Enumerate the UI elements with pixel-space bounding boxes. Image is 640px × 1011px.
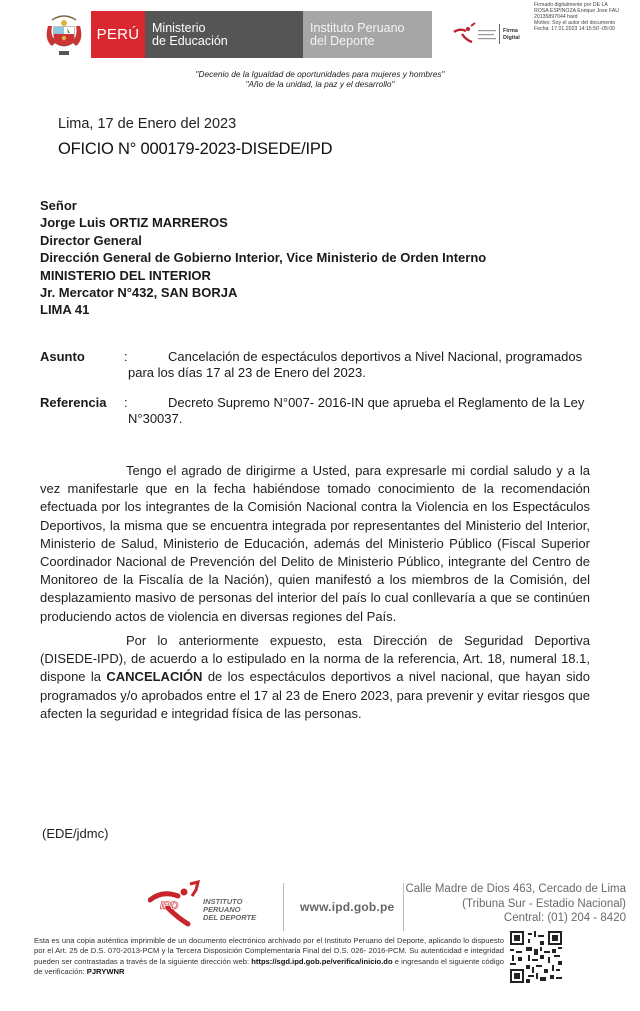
institute-address: Calle Madre de Dios 463, Cercado de Lima… — [404, 882, 626, 926]
decade-motto: "Decenio de la Igualdad de oportunidades… — [150, 69, 490, 79]
recipient-ministry: MINISTERIO DEL INTERIOR — [40, 267, 486, 284]
author-initials: (EDE/jdmc) — [42, 826, 108, 841]
verification-url[interactable]: https://sgd.ipd.gob.pe/verifica/inicio.d… — [251, 957, 392, 966]
svg-text:DEL DEPORTE: DEL DEPORTE — [203, 913, 257, 922]
body-paragraph-2: Por lo anteriormente expuesto, esta Dire… — [40, 632, 590, 723]
cancellation-emphasis: CANCELACIÓN — [106, 669, 202, 684]
institute-line-2: del Deporte — [310, 35, 432, 48]
recipient-address: Jr. Mercator N°432, SAN BORJA — [40, 284, 486, 301]
subject-text: Cancelación de espectáculos deportivos a… — [128, 349, 590, 381]
letter-date: Lima, 17 de Enero del 2023 — [58, 116, 236, 132]
recipient-city: LIMA 41 — [40, 301, 486, 318]
year-motto: "Año de la unidad, la paz y el desarroll… — [150, 79, 490, 89]
ministry-line-2: de Educación — [152, 35, 303, 48]
svg-text:Firma: Firma — [503, 28, 519, 34]
recipient-department: Dirección General de Gobierno Interior, … — [40, 249, 486, 266]
official-mottos: "Decenio de la Igualdad de oportunidades… — [150, 69, 490, 89]
peru-label: PERÚ — [97, 26, 140, 43]
signature-line: Fecha: 17.01.2023 14:15:50 -05:00 — [534, 26, 640, 32]
reference-text: Decreto Supremo N°007- 2016-IN que aprue… — [128, 395, 590, 427]
recipient-name: Jorge Luis ORTIZ MARREROS — [40, 214, 486, 231]
footer-divider — [283, 883, 284, 931]
authenticity-notice: Esta es una copia auténtica imprimible d… — [34, 936, 504, 977]
institute-line-1: Instituto Peruano — [310, 22, 432, 35]
qr-code-icon — [510, 931, 562, 983]
subject-label: Asunto — [40, 349, 85, 364]
address-line: Calle Madre de Dios 463, Cercado de Lima — [404, 882, 626, 897]
peru-brand-band: PERÚ — [91, 11, 145, 58]
svg-text:Digital: Digital — [503, 35, 520, 41]
recipient-title: Director General — [40, 232, 486, 249]
recipient-salutation: Señor — [40, 197, 486, 214]
address-line: (Tribuna Sur - Estadio Nacional) — [404, 897, 626, 912]
verification-code: PJRYWNR — [87, 967, 125, 976]
body-paragraph-1: Tengo el agrado de dirigirme a Usted, pa… — [40, 462, 590, 626]
ministry-brand-band: Ministerio de Educación — [145, 11, 303, 58]
phone-line: Central: (01) 204 - 8420 — [404, 911, 626, 926]
svg-text:IPD: IPD — [160, 900, 178, 912]
ipd-logo-icon: IPD INSTITUTO PERUANO DEL DEPORTE — [148, 880, 268, 928]
reference-label: Referencia — [40, 395, 106, 410]
ministry-line-1: Ministerio — [152, 22, 303, 35]
digital-signature-stamp: Firmado digitalmente por DE LA ROSA ESPI… — [534, 2, 640, 32]
digital-signature-logo-icon: Firma Digital — [452, 20, 528, 46]
document-number: OFICIO N° 000179-2023-DISEDE/IPD — [58, 140, 332, 159]
recipient-block: Señor Jorge Luis ORTIZ MARREROS Director… — [40, 197, 486, 319]
institute-brand-band: Instituto Peruano del Deporte — [303, 11, 432, 58]
peru-coat-of-arms-icon — [44, 12, 84, 58]
website-link[interactable]: www.ipd.gob.pe — [300, 900, 394, 914]
